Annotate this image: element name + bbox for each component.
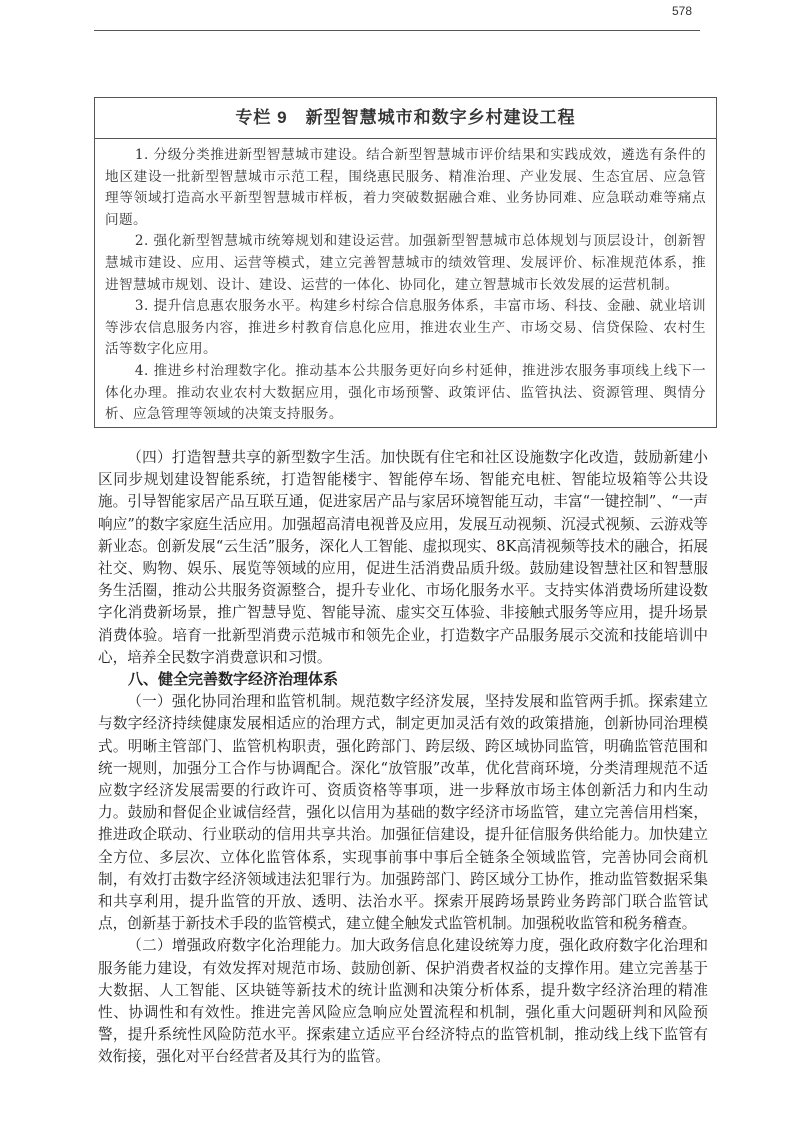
box-title-text: 新型智慧城市和数字乡村建设工程 [306, 108, 576, 127]
section-heading: 八、健全完善数字经济治理体系 [98, 669, 708, 691]
paragraph-lead: （四）打造智慧共享的新型数字生活。 [127, 449, 380, 466]
paragraph-text: 加快既有住宅和社区设施数字化改造，鼓励新建小区同步规划建设智能系统，打造智能楼宇… [98, 449, 708, 666]
box-item-lead: 3. 提升信息惠农服务水平。 [135, 298, 310, 314]
box-item-lead: 2. 强化新型智慧城市统筹规划和建设运营。 [135, 233, 409, 249]
paragraph-lead: （二）增强政府数字化治理能力。 [127, 937, 351, 954]
box-item: 1. 分级分类推进新型智慧城市建设。结合新型智慧城市评价结果和实践成效，遴选有条… [105, 145, 706, 231]
box-item: 3. 提升信息惠农服务水平。构建乡村综合信息服务体系，丰富市场、科技、金融、就业… [105, 296, 706, 361]
box-item-lead: 1. 分级分类推进新型智慧城市建设。 [135, 147, 366, 163]
header-rule [94, 30, 700, 31]
main-body-text: （四）打造智慧共享的新型数字生活。加快既有住宅和社区设施数字化改造，鼓励新建小区… [98, 447, 708, 1069]
page-number: 578 [672, 4, 692, 18]
box-title: 专栏 9新型智慧城市和数字乡村建设工程 [95, 98, 716, 139]
box-body: 1. 分级分类推进新型智慧城市建设。结合新型智慧城市评价结果和实践成效，遴选有条… [95, 139, 716, 426]
paragraph-lead: （一）强化协同治理和监管机制。 [127, 693, 351, 710]
paragraph-digital-life: （四）打造智慧共享的新型数字生活。加快既有住宅和社区设施数字化改造，鼓励新建小区… [98, 447, 708, 669]
box-item-lead: 4. 推进乡村治理数字化。 [135, 363, 295, 379]
paragraph-text: 规范数字经济发展，坚持发展和监管两手抓。探索建立与数字经济持续健康发展相适应的治… [98, 693, 708, 932]
paragraph-collaborative-governance: （一）强化协同治理和监管机制。规范数字经济发展，坚持发展和监管两手抓。探索建立与… [98, 691, 708, 935]
box-title-prefix: 专栏 9 [235, 108, 287, 127]
box-item: 4. 推进乡村治理数字化。推动基本公共服务更好向乡村延伸，推进涉农服务事项线上线… [105, 361, 706, 426]
sidebar-box-column-9: 专栏 9新型智慧城市和数字乡村建设工程 1. 分级分类推进新型智慧城市建设。结合… [94, 97, 717, 428]
paragraph-government-digital-governance: （二）增强政府数字化治理能力。加大政务信息化建设统筹力度，强化政府数字化治理和服… [98, 935, 708, 1068]
paragraph-text: 加大政务信息化建设统筹力度，强化政府数字化治理和服务能力建设，有效发挥对规范市场… [98, 937, 708, 1065]
box-item: 2. 强化新型智慧城市统筹规划和建设运营。加强新型智慧城市总体规划与顶层设计，创… [105, 231, 706, 296]
